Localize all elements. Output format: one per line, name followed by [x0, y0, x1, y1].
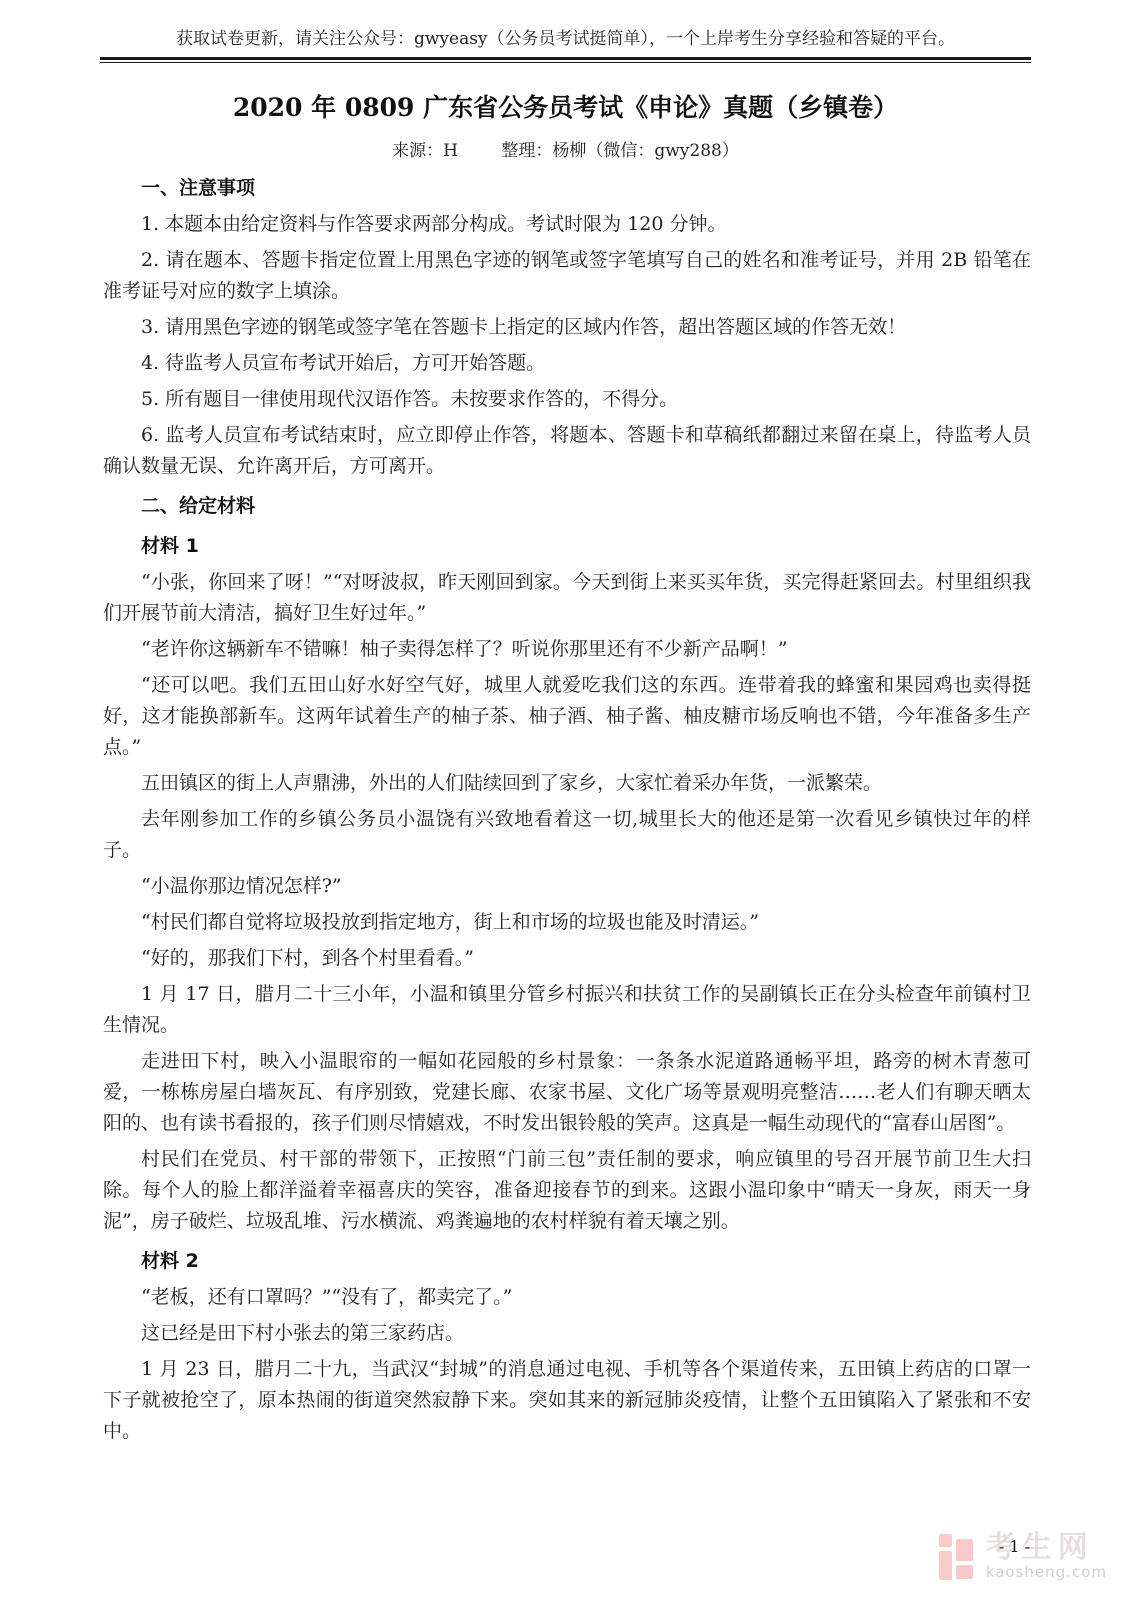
material1-paragraph: “老许你这辆新车不错嘛！柚子卖得怎样了？听说你那里还有不少新产品啊！”	[103, 634, 1031, 665]
material1-heading: 材料 1	[103, 531, 1031, 562]
watermark-domain: kaosheng.com	[986, 1564, 1107, 1580]
material1-paragraph: 村民们在党员、村干部的带领下，正按照“门前三包”责任制的要求，响应镇里的号召开展…	[103, 1144, 1031, 1237]
material2-heading: 材料 2	[103, 1246, 1031, 1277]
material2-paragraph: “老板，还有口罩吗？”“没有了，都卖完了。”	[103, 1282, 1031, 1313]
source-origin: 来源：H	[392, 141, 458, 161]
document-page: 获取试卷更新，请关注公众号：gwyeasy（公务员考试挺简单），一个上岸考生分享…	[0, 0, 1131, 1600]
material1-paragraph: 去年刚参加工作的乡镇公务员小温饶有兴致地看着这一切,城里长大的他还是第一次看见乡…	[103, 804, 1031, 866]
page-number: - 1 -	[999, 1537, 1030, 1556]
material1-paragraph: “还可以吧。我们五田山好水好空气好，城里人就爱吃我们这的东西。连带着我的蜂蜜和果…	[103, 670, 1031, 763]
page-title: 2020 年 0809 广东省公务员考试《申论》真题（乡镇卷）	[60, 91, 1071, 125]
document-body: 一、注意事项 1. 本题本由给定资料与作答要求两部分构成。考试时限为 120 分…	[103, 173, 1031, 1447]
source-editor: 整理：杨柳（微信：gwy288）	[501, 141, 739, 161]
material1-paragraph: 1 月 17 日，腊月二十三小年，小温和镇里分管乡村振兴和扶贫工作的吴副镇长正在…	[103, 979, 1031, 1041]
material1-paragraph: “村民们都自觉将垃圾投放到指定地方，街上和市场的垃圾也能及时清运。”	[103, 907, 1031, 938]
source-line: 来源：H 整理：杨柳（微信：gwy288）	[0, 139, 1131, 163]
material1-paragraph: “小张，你回来了呀！”“对呀波叔，昨天刚回到家。今天到街上来买买年货，买完得赶紧…	[103, 567, 1031, 629]
material2-paragraph: 1 月 23 日，腊月二十九，当武汉“封城”的消息通过电视、手机等各个渠道传来，…	[103, 1354, 1031, 1447]
material2-paragraph: 这已经是田下村小张去的第三家药店。	[103, 1318, 1031, 1349]
notice-item: 3. 请用黑色字迹的钢笔或签字笔在答题卡上指定的区域内作答，超出答题区域的作答无…	[103, 312, 1031, 343]
material1-paragraph: 五田镇区的街上人声鼎沸，外出的人们陆续回到了家乡，大家忙着采办年货，一派繁荣。	[103, 768, 1031, 799]
material1-paragraph: “好的，那我们下村，到各个村里看看。”	[103, 943, 1031, 974]
section-heading-notices: 一、注意事项	[103, 173, 1031, 204]
material1-paragraph: “小温你那边情况怎样?”	[103, 871, 1031, 902]
header-divider	[100, 57, 1031, 63]
section-heading-materials: 二、给定材料	[103, 491, 1031, 522]
kaosheng-logo-icon	[939, 1534, 975, 1584]
notice-item: 4. 待监考人员宣布考试开始后，方可开始答题。	[103, 348, 1031, 379]
notice-item: 1. 本题本由给定资料与作答要求两部分构成。考试时限为 120 分钟。	[103, 209, 1031, 240]
notice-item: 6. 监考人员宣布考试结束时，应立即停止作答，将题本、答题卡和草稿纸都翻过来留在…	[103, 420, 1031, 482]
material1-paragraph: 走进田下村，映入小温眼帘的一幅如花园般的乡村景象：一条条水泥道路通畅平坦，路旁的…	[103, 1046, 1031, 1139]
notice-item: 5. 所有题目一律使用现代汉语作答。未按要求作答的，不得分。	[103, 384, 1031, 415]
notice-item: 2. 请在题本、答题卡指定位置上用黑色字迹的钢笔或签字笔填写自己的姓名和准考证号…	[103, 245, 1031, 307]
header-notice: 获取试卷更新，请关注公众号：gwyeasy（公务员考试挺简单），一个上岸考生分享…	[0, 0, 1131, 50]
